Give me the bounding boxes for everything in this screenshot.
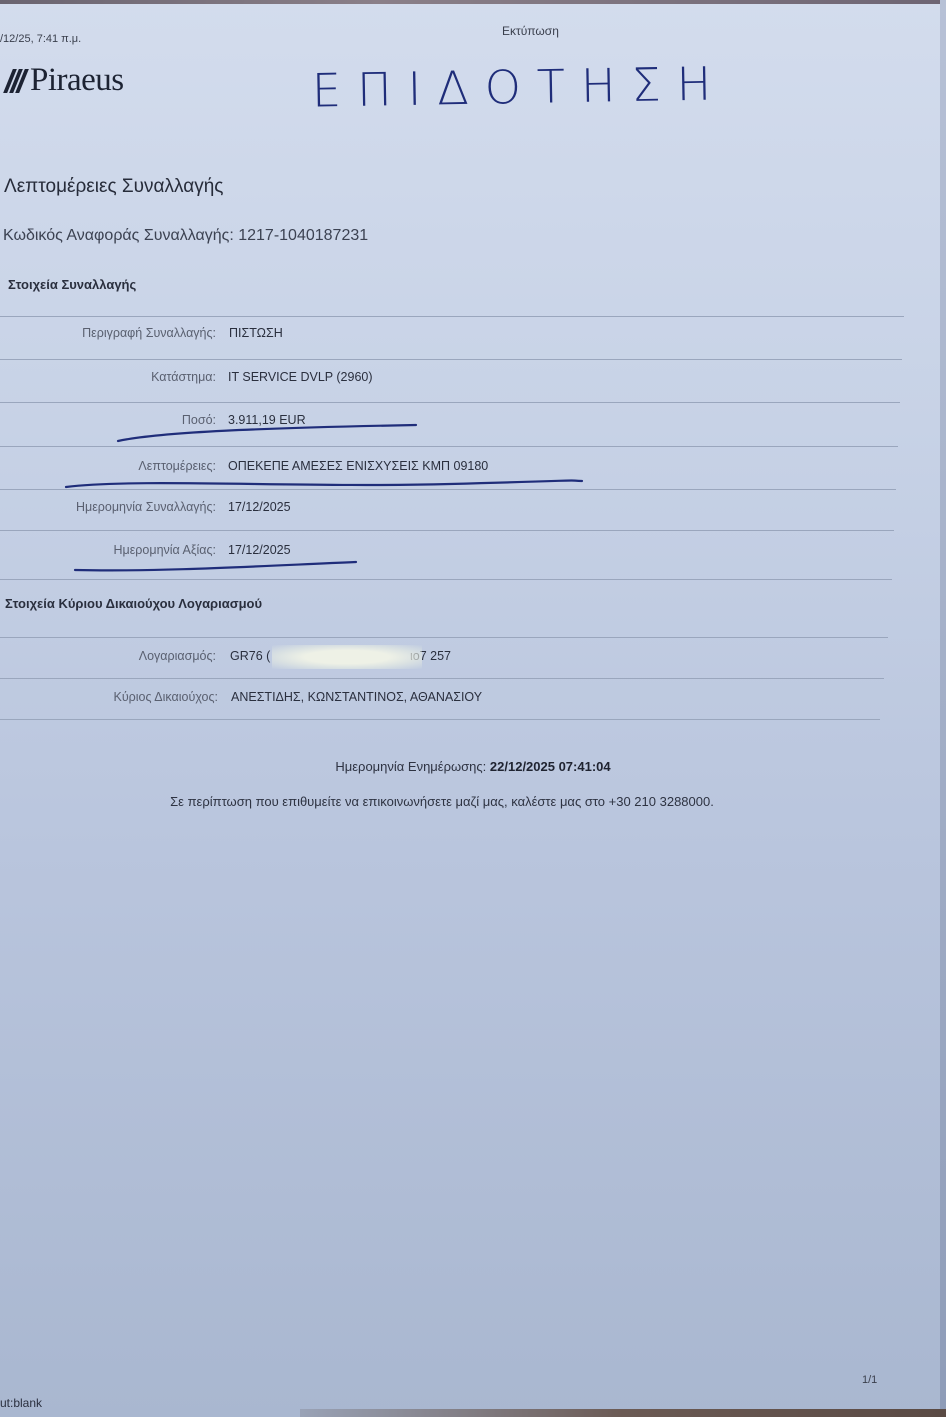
field-label: Κύριος Δικαιούχος: [113, 690, 218, 704]
print-url: ut:blank [0, 1396, 42, 1410]
divider [0, 719, 880, 720]
update-label: Ημερομηνία Ενημέρωσης: [335, 759, 486, 774]
contact-text: Σε περίπτωση που επιθυμείτε να επικοινων… [0, 794, 884, 809]
account-prefix: GR76 ( [230, 649, 270, 663]
divider [0, 637, 888, 638]
divider [0, 678, 884, 679]
update-line: Ημερομηνία Ενημέρωσης: 22/12/2025 07:41:… [0, 759, 946, 774]
account-section-heading: Στοιχεία Κύριου Δικαιούχου Λογαριασμού [5, 596, 262, 611]
pen-underlines [0, 0, 946, 600]
photo-edge-bottom [300, 1409, 946, 1417]
redaction-blur [272, 645, 422, 669]
page-number: 1/1 [862, 1374, 877, 1386]
field-value: ΑΝΕΣΤΙΔΗΣ, ΚΩΝΣΤΑΝΤΙΝΟΣ, ΑΘΑΝΑΣΙΟΥ [231, 690, 482, 704]
field-label: Λογαριασμός: [139, 649, 216, 663]
update-value: 22/12/2025 07:41:04 [490, 759, 611, 774]
